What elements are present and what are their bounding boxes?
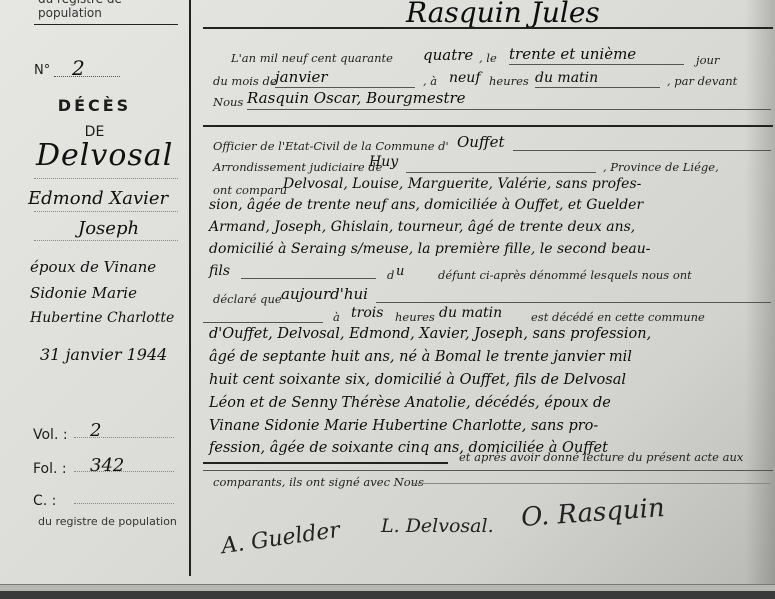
deceased-surname: Delvosal (36, 138, 173, 173)
death-record-form: Rasquin Jules L'an mil neuf cent quarant… (191, 0, 775, 599)
number-label: N° (34, 63, 50, 78)
hand-text: domicilié à Seraing s/meuse, la première… (209, 241, 651, 257)
hand-text: u (396, 264, 404, 279)
deceased-given-names-1: Edmond Xavier (28, 188, 168, 209)
vol-label: Vol. : (33, 427, 68, 443)
printed-text: défunt ci-après dénommé lesquels nous on… (438, 268, 692, 282)
printed-text: du mois de (213, 74, 277, 88)
fol-label: Fol. : (33, 461, 67, 477)
hand-text: fils (209, 263, 230, 279)
top-rule (34, 24, 178, 25)
fill-line (406, 172, 596, 173)
hand-text: d'Ouffet, Delvosal, Edmond, Xavier, Jose… (209, 326, 651, 342)
fill-line (413, 483, 771, 484)
printed-text: et après avoir donné lecture du présent … (459, 450, 743, 464)
hand-hour: trois (351, 305, 383, 321)
fill-line (203, 322, 323, 323)
spouse-line-3: Hubertine Charlotte (30, 310, 174, 326)
printed-text: comparants, ils ont signé avec Nous (213, 475, 424, 489)
spouse-line-2: Sidonie Marie (30, 284, 137, 302)
printed-text: L'an mil neuf cent quarante (231, 51, 393, 65)
spouse-line-1: époux de Vinane (30, 258, 156, 276)
printed-text: ont comparu (213, 183, 287, 197)
hand-text: Vinane Sidonie Marie Hubertine Charlotte… (209, 418, 598, 434)
printed-text: d (387, 268, 394, 282)
printed-text: Arrondissement judiciaire de (213, 160, 382, 174)
binding-edge (0, 591, 775, 599)
hand-text: sion, âgée de trente neuf ans, domicilié… (209, 197, 643, 213)
signature-guelder: A. Guelder (220, 518, 342, 559)
header-name: Rasquin Jules (406, 0, 600, 29)
printed-text: est décédé en cette commune (531, 310, 705, 324)
bottom-register-label: du registre de population (38, 515, 177, 528)
deceased-given-names-2: Joseph (78, 218, 139, 239)
printed-text: Nous (213, 95, 243, 109)
fill-line (535, 87, 660, 88)
page-bottom-edge (0, 584, 775, 591)
hand-year: quatre (423, 46, 473, 64)
dotted-line (34, 178, 178, 179)
printed-text: jour (696, 53, 719, 67)
section-rule (203, 470, 773, 471)
printed-text: à (333, 310, 340, 324)
fill-line (509, 64, 684, 65)
signature-delvosal: L. Delvosal. (381, 515, 494, 537)
dotted-line (34, 211, 178, 212)
hand-text: Armand, Joseph, Ghislain, tourneur, âgé … (209, 219, 635, 235)
number-dotted-line (54, 76, 120, 77)
fill-line (247, 109, 771, 110)
hand-mayor: Rasquin Oscar, Bourgmestre (247, 89, 466, 107)
printed-text: heures (489, 74, 529, 88)
section-rule (203, 125, 773, 127)
dotted-line (34, 240, 178, 241)
printed-text: déclaré que (213, 292, 282, 306)
c-label: C. : (33, 493, 56, 509)
printed-text: heures (395, 310, 435, 324)
hand-text: huit cent soixante six, domicilié à Ouff… (209, 372, 626, 388)
hand-text: âgé de septante huit ans, né à Bomal le … (209, 349, 632, 365)
fill-line (275, 87, 415, 88)
hand-month: janvier (275, 68, 328, 86)
hand-period: du matin (535, 70, 598, 86)
fol-dotted-line (74, 471, 174, 472)
vol-dotted-line (74, 437, 174, 438)
top-register-label: du registre de population (38, 0, 189, 20)
deces-heading: DÉCÈS (0, 96, 189, 115)
hand-text: Delvosal, Louise, Marguerite, Valérie, s… (283, 176, 641, 192)
hand-today: aujourd'hui (281, 285, 368, 303)
fill-line (376, 302, 771, 303)
printed-text: , à (423, 74, 437, 88)
c-dotted-line (74, 503, 174, 504)
printed-text: Officier de l'Etat-Civil de la Commune d… (213, 139, 449, 153)
left-margin-column: du registre de population N° 2 DÉCÈS DE … (0, 0, 189, 599)
hand-commune: Ouffet (457, 133, 505, 151)
hand-hour: neuf (449, 70, 481, 86)
fol-value: 342 (90, 455, 124, 476)
signature-rasquin: O. Rasquin (520, 493, 666, 533)
death-date: 31 janvier 1944 (40, 345, 167, 364)
fill-line (513, 150, 771, 151)
header-rule (203, 27, 773, 29)
fill-line (203, 462, 448, 464)
hand-period: du matin (439, 305, 502, 321)
hand-arrondissement: Huy (369, 154, 398, 170)
printed-text: , le (479, 51, 497, 65)
hand-text: Léon et de Senny Thérèse Anatolie, décéd… (209, 395, 611, 411)
printed-text: , Province de Liége, (603, 160, 719, 174)
fill-line (241, 278, 376, 279)
hand-day: trente et unième (509, 45, 636, 63)
printed-text: , par devant (667, 74, 737, 88)
